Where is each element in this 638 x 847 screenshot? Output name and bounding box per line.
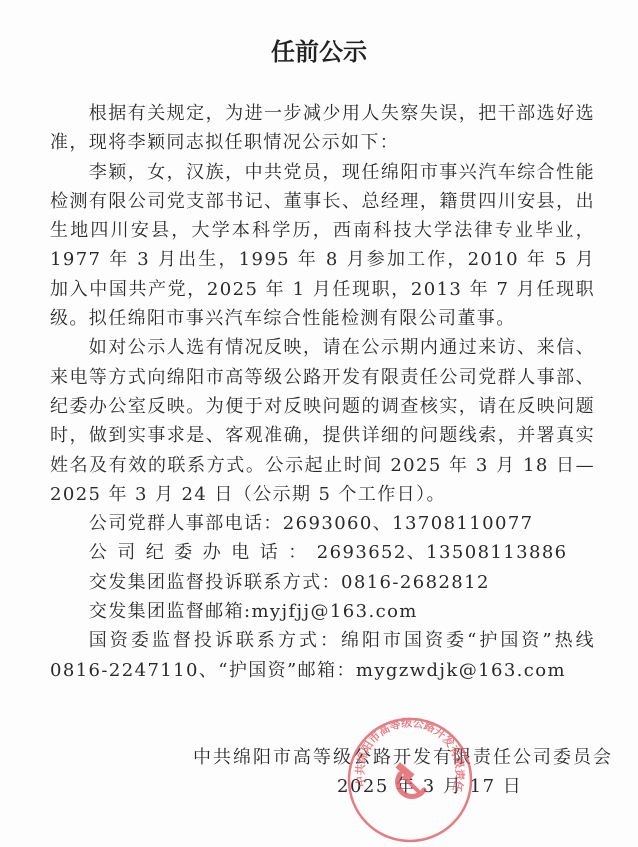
contact-label: 公司党群人事部电话：: [89, 513, 283, 534]
contact-group-complaint: 交发集团监督投诉联系方式：0816-2682812: [50, 568, 595, 597]
document-page: 任前公示 根据有关规定，为进一步减少用人失察失误，把干部选好选准，现将李颖同志拟…: [0, 0, 638, 847]
issuer-signature: 中共绵阳市高等级公路开发有限责任公司委员会: [193, 744, 613, 772]
contact-discipline-phone: 公司纪委办电话：2693652、13508113886: [50, 538, 595, 567]
contact-label: 公司纪委办电话：: [89, 542, 317, 563]
document-title: 任前公示: [0, 36, 638, 68]
contact-label: 国资委监督投诉联系方式：: [89, 630, 341, 651]
contact-value: myjfjj@163.com: [251, 601, 417, 622]
contact-group-email: 交发集团监督邮箱:myjfjj@163.com: [50, 597, 595, 626]
contact-sasac-complaint: 国资委监督投诉联系方式：绵阳市国资委“护国资”热线0816-2247110、“护…: [50, 626, 595, 685]
contact-value: 2693060、13708110077: [283, 513, 534, 534]
contact-label: 交发集团监督投诉联系方式：: [89, 572, 341, 593]
document-body: 根据有关规定，为进一步减少用人失察失误，把干部选好选准，现将李颖同志拟任职情况公…: [50, 99, 595, 685]
contact-value: 0816-2682812: [341, 572, 490, 593]
paragraph-feedback-instructions: 如对公示人选有情况反映，请在公示期内通过来访、来信、来电等方式向绵阳市高等级公路…: [50, 333, 595, 509]
contact-hr-phone: 公司党群人事部电话：2693060、13708110077: [50, 509, 595, 538]
paragraph-intro: 根据有关规定，为进一步减少用人失察失误，把干部选好选准，现将李颖同志拟任职情况公…: [50, 99, 595, 158]
paragraph-candidate-profile: 李颖，女，汉族，中共党员，现任绵阳市事兴汽车综合性能检测有限公司党支部书记、董事…: [50, 158, 595, 334]
issue-date: 2025 年 3 月 17 日: [337, 773, 522, 801]
contact-label: 交发集团监督邮箱:: [89, 601, 252, 622]
contact-value: 2693652、13508113886: [317, 542, 568, 563]
